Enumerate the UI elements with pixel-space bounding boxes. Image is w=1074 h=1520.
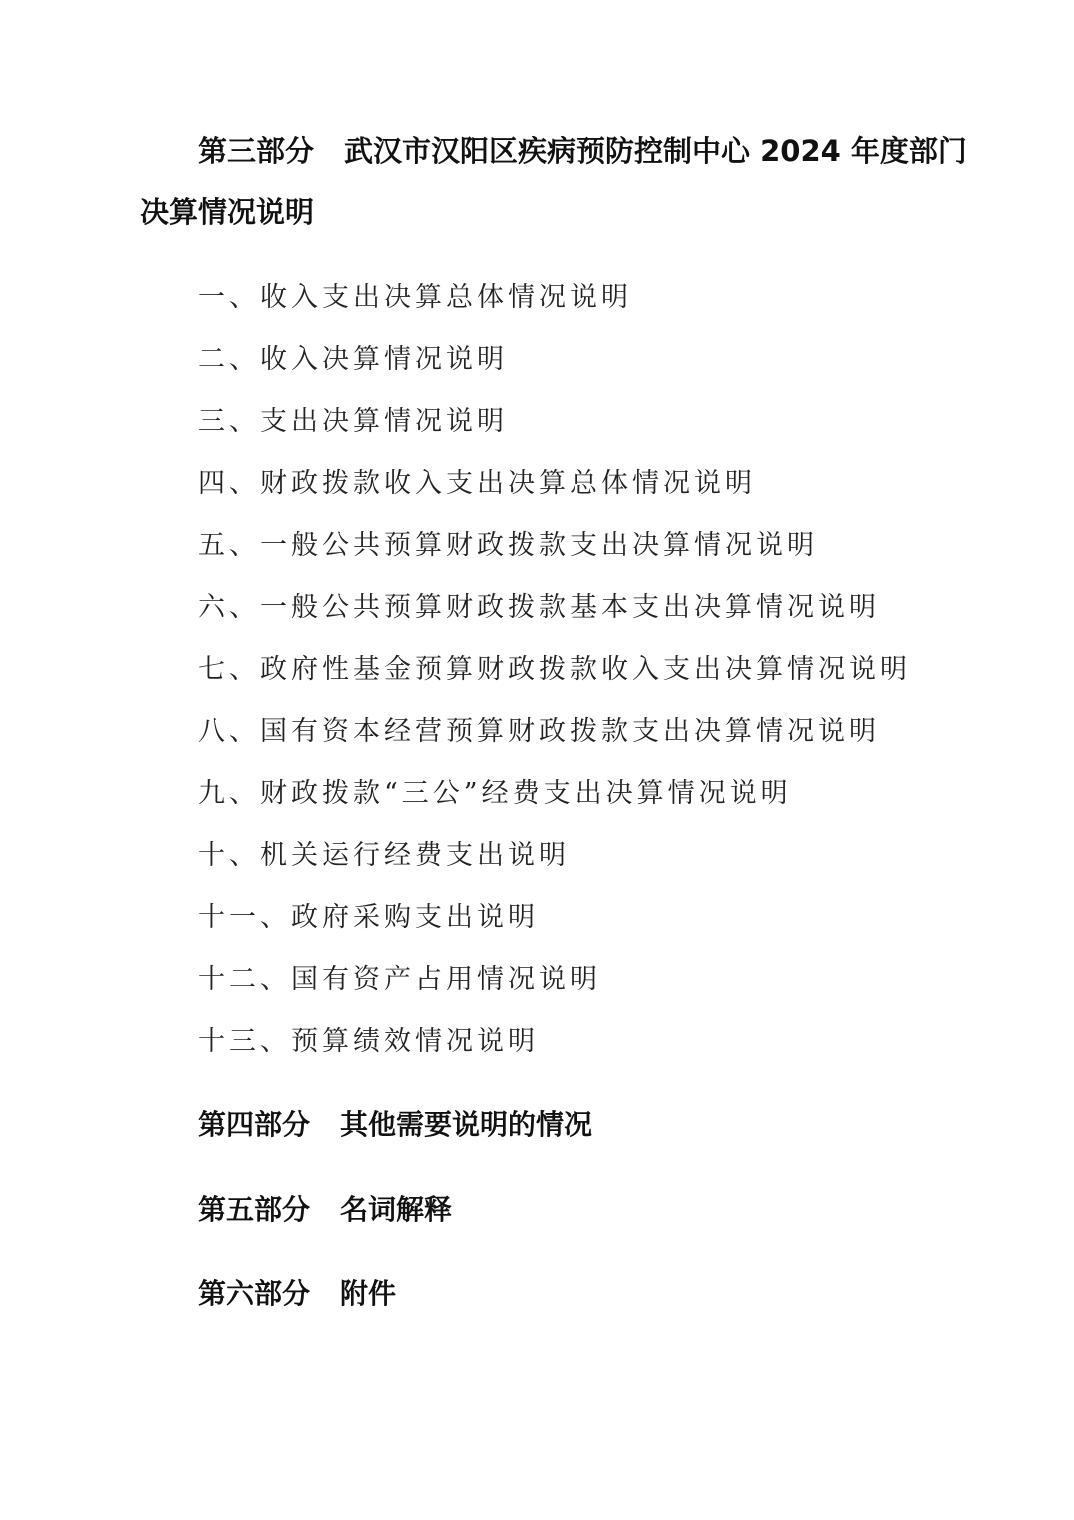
section-heading: 第三部分武汉市汉阳区疾病预防控制中心 2024 年度部门 xyxy=(198,137,967,166)
toc-item: 一、收入支出决算总体情况说明 xyxy=(198,284,632,311)
part-title: 附件 xyxy=(340,1277,396,1310)
document-page: 第三部分武汉市汉阳区疾病预防控制中心 2024 年度部门 决算情况说明 一、收入… xyxy=(0,0,1074,1520)
toc-item: 五、一般公共预算财政拨款支出决算情况说明 xyxy=(198,532,818,559)
toc-item: 八、国有资本经营预算财政拨款支出决算情况说明 xyxy=(198,718,880,745)
part-title: 名词解释 xyxy=(340,1193,452,1226)
toc-item: 三、支出决算情况说明 xyxy=(198,408,508,435)
part-label: 第四部分 xyxy=(198,1108,310,1141)
toc-item: 十、机关运行经费支出说明 xyxy=(198,842,570,869)
toc-item: 十三、预算绩效情况说明 xyxy=(198,1028,539,1055)
section-heading-continued: 决算情况说明 xyxy=(140,198,314,227)
toc-item: 二、收入决算情况说明 xyxy=(198,346,508,373)
toc-item: 七、政府性基金预算财政拨款收入支出决算情况说明 xyxy=(198,656,911,683)
part-heading-5: 第五部分名词解释 xyxy=(198,1196,452,1224)
section-title: 武汉市汉阳区疾病预防控制中心 2024 年度部门 xyxy=(344,134,967,168)
part-label: 第五部分 xyxy=(198,1193,310,1226)
part-heading-6: 第六部分附件 xyxy=(198,1280,396,1308)
part-label: 第六部分 xyxy=(198,1277,310,1310)
part-label: 第三部分 xyxy=(198,134,314,168)
toc-item: 十二、国有资产占用情况说明 xyxy=(198,966,601,993)
toc-item: 四、财政拨款收入支出决算总体情况说明 xyxy=(198,470,756,497)
toc-item: 十一、政府采购支出说明 xyxy=(198,904,539,931)
toc-item: 六、一般公共预算财政拨款基本支出决算情况说明 xyxy=(198,594,880,621)
toc-item: 九、财政拨款“三公”经费支出决算情况说明 xyxy=(198,780,792,807)
part-heading-4: 第四部分其他需要说明的情况 xyxy=(198,1111,592,1139)
part-title: 其他需要说明的情况 xyxy=(340,1108,592,1141)
